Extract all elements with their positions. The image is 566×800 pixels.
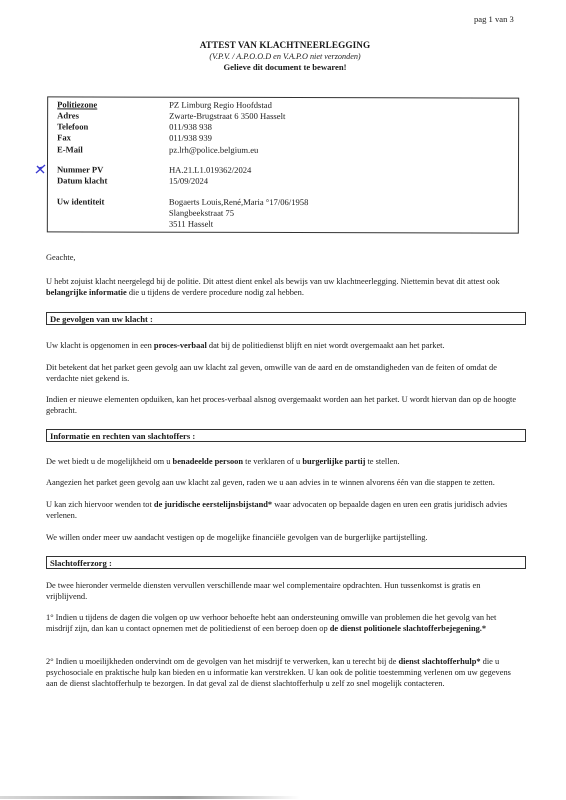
greeting: Geachte, [46,252,522,263]
s1-paragraph-2: Dit betekent dat het parket geen gevolg … [46,362,522,384]
politiezone-label: Politiezone [57,99,97,110]
s2-p1-text-mid: te verklaren of u [243,457,302,466]
identity-name: Bogaerts Louis,René,Maria °17/06/1958 [169,197,309,208]
s1-p1-bold: proces-verbaal [154,341,207,350]
intro-bold: belangrijke informatie [46,288,127,297]
complaint-info-box: Politiezone PZ Limburg Regio Hoofdstad A… [47,96,519,233]
intro-text-end: die u tijdens de verdere procedure nodig… [127,288,304,297]
section-heading-rechten: Informatie en rechten van slachtoffers : [46,429,526,442]
complaint-date-label: Datum klacht [57,175,107,186]
s2-p3-text: U kan zich hiervoor wenden tot [46,500,154,509]
email-value: pz.lrh@police.belgium.eu [169,145,258,156]
telefoon-value: 011/938 938 [169,122,212,133]
s1-p1-text: Uw klacht is opgenomen in een [46,341,154,350]
s1-paragraph-1: Uw klacht is opgenomen in een proces-ver… [46,340,522,351]
fax-label: Fax [57,132,71,143]
intro-text: U hebt zojuist klacht neergelegd bij de … [46,277,500,286]
telefoon-label: Telefoon [57,121,88,132]
s2-p1-text-end: te stellen. [365,457,399,466]
identity-label: Uw identiteit [57,196,105,207]
s3-p3-text: 2° Indien u moeilijkheden ondervindt om … [46,657,398,666]
keep-notice: Gelieve dit document te bewaren! [150,62,420,73]
document-subtitle: (V.P.V. / A.P.O.O.D en V.A.P.O niet verz… [150,51,420,62]
document-title: ATTEST VAN KLACHTNEERLEGGING [150,40,420,51]
adres-label: Adres [57,110,79,121]
section-heading-slachtofferzorg: Slachtofferzorg : [46,556,526,569]
s2-paragraph-4: We willen onder meer uw aandacht vestige… [46,532,522,543]
pv-number-value: HA.21.L1.019362/2024 [169,165,251,176]
s2-p1-bold-2: burgerlijke partij [302,457,365,466]
s2-paragraph-3: U kan zich hiervoor wenden tot de juridi… [46,499,522,521]
s3-paragraph-2: 1° Indien u tijdens de dagen die volgen … [46,612,522,634]
scan-edge-shadow [0,796,300,799]
pen-mark-icon [35,164,47,174]
section-heading-gevolgen: De gevolgen van uw klacht : [46,312,526,325]
document-header: ATTEST VAN KLACHTNEERLEGGING (V.P.V. / A… [150,40,420,73]
s3-p2-bold: de dienst politionele slachtofferbejegen… [330,624,486,633]
s2-p1-text: De wet biedt u de mogelijkheid om u [46,457,173,466]
complaint-date-value: 15/09/2024 [169,176,208,187]
page-number: pag 1 van 3 [474,14,514,24]
adres-value: Zwarte-Brugstraat 6 3500 Hasselt [169,111,285,122]
identity-street: Slangbeekstraat 75 [169,208,234,219]
email-label: E-Mail [57,144,83,155]
s2-paragraph-1: De wet biedt u de mogelijkheid om u bena… [46,456,522,467]
s1-p1-text-end: dat bij de politiedienst blijft en niet … [207,341,445,350]
politiezone-value: PZ Limburg Regio Hoofdstad [169,100,272,111]
s2-p1-bold-1: benadeelde persoon [173,457,244,466]
pv-number-label: Nummer PV [57,164,103,175]
s2-paragraph-2: Aangezien het parket geen gevolg aan uw … [46,477,522,488]
s2-p3-bold: de juridische eerstelijnsbijstand* [154,500,272,509]
s3-paragraph-1: De twee hieronder vermelde diensten verv… [46,580,522,602]
fax-value: 011/938 939 [169,133,212,144]
identity-city: 3511 Hasselt [169,219,213,230]
s1-paragraph-3: Indien er nieuwe elementen opduiken, kan… [46,394,522,416]
s3-p3-bold: dienst slachtofferhulp* [398,657,480,666]
s3-paragraph-3: 2° Indien u moeilijkheden ondervindt om … [46,656,522,690]
intro-paragraph: U hebt zojuist klacht neergelegd bij de … [46,276,522,298]
